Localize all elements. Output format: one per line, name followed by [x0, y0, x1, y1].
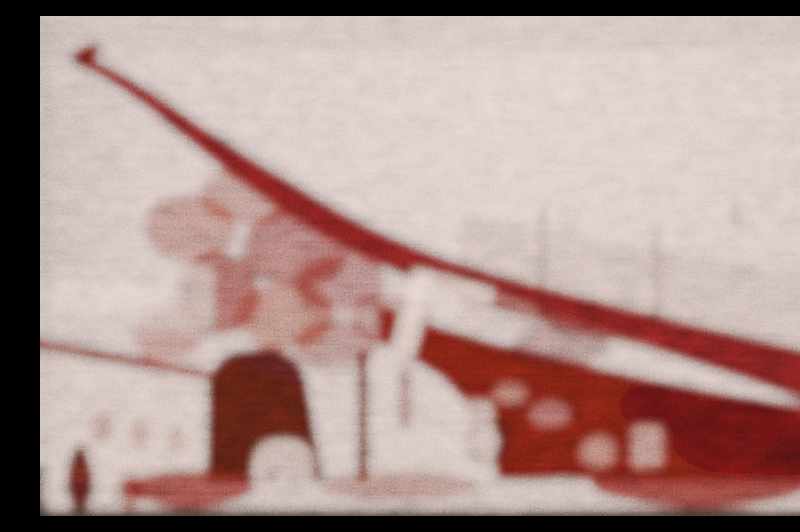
- photo-canvas: [40, 16, 800, 516]
- historic-photograph: Grainy dark-red monochrome historic phot…: [40, 16, 800, 516]
- film-grain-red-blotch: [40, 16, 800, 516]
